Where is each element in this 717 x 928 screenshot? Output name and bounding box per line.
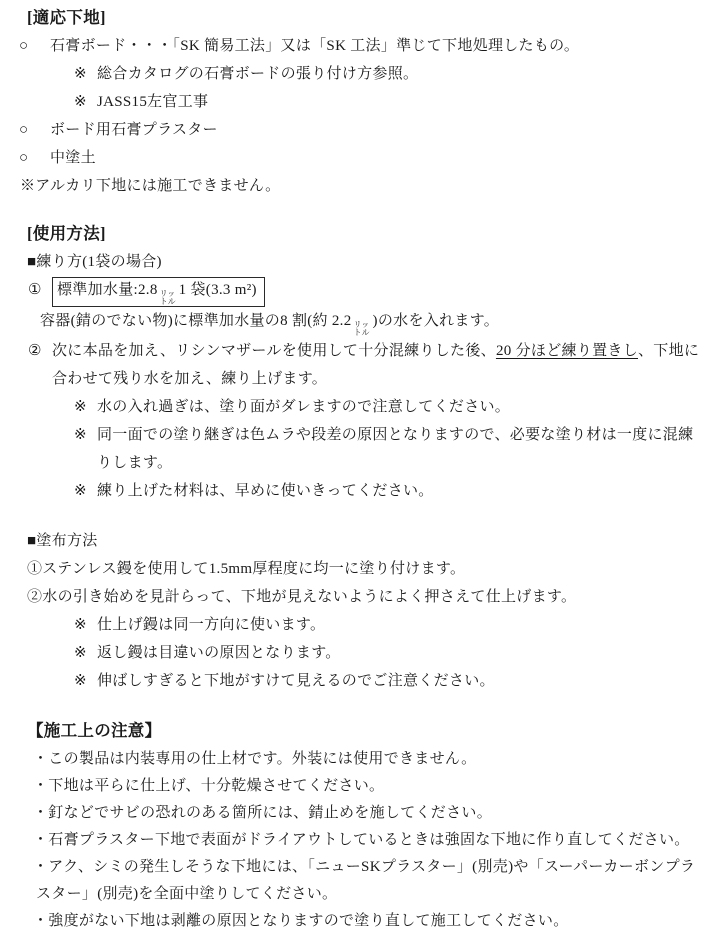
note-text: 総合カタログの石膏ボードの張り付け方参照。 — [97, 60, 703, 88]
list-item-text: 中塗土 — [50, 144, 703, 172]
note-item: ※ 同一面での塗り継ぎは色ムラや段差の原因となりますので、必要な塗り材は一度に混… — [74, 421, 703, 477]
subsection-kneading: ■練り方(1袋の場合) — [27, 248, 703, 276]
circle-marker: ○ — [19, 144, 50, 172]
alkali-warning-note: ※アルカリ下地には施工できません。 — [20, 172, 703, 200]
note-text: 伸ばしすぎると下地がすけて見えるのでご注意ください。 — [97, 667, 703, 695]
circle-marker: ○ — [19, 116, 50, 144]
note-text: JASS15左官工事 — [97, 88, 703, 116]
note-item: ※ 返し鏝は目違いの原因となります。 — [74, 639, 703, 667]
reference-marker: ※ — [74, 88, 97, 116]
note-item: ※ 仕上げ鏝は同一方向に使います。 — [74, 611, 703, 639]
circle-marker: ○ — [19, 32, 50, 60]
list-item: ○ 石膏ボード・・・「SK 簡易工法」又は「SK 工法」準じて下地処理したもの。 — [19, 32, 703, 60]
section-title-usage: [使用方法] — [27, 220, 703, 248]
standard-water-box: 標準加水量:2.8リットル1 袋(3.3 m²) — [52, 277, 265, 307]
subsection-application: ■塗布方法 — [27, 527, 703, 555]
reference-marker: ※ — [74, 477, 97, 505]
note-item: ※ 総合カタログの石膏ボードの張り付け方参照。 — [74, 60, 703, 88]
liter-unit: リットル — [354, 321, 370, 337]
application-step-1: ①ステンレス鏝を使用して1.5mm厚程度に均一に塗り付けます。 — [27, 555, 703, 583]
caution-item: ・アク、シミの発生しそうな下地には、「ニューSKプラスター」(別売)や「スーパー… — [19, 854, 703, 908]
caution-item: ・釘などでサビの恐れのある箇所には、錆止めを施してください。 — [19, 800, 703, 827]
reference-marker: ※ — [74, 611, 97, 639]
step-text: 次に本品を加え、リシンマザールを使用して十分混練りした後、20 分ほど練り置きし… — [52, 337, 703, 393]
reference-marker: ※ — [74, 639, 97, 667]
caution-item: ・下地は平らに仕上げ、十分乾燥させてください。 — [19, 773, 703, 800]
cautions-list: ・この製品は内装専用の仕上材です。外装には使用できません。 ・下地は平らに仕上げ… — [19, 746, 703, 928]
water-instruction-line: 容器(錆のでない物)に標準加水量の8 割(約 2.2リットル)の水を入れます。 — [40, 307, 703, 337]
note-text: 仕上げ鏝は同一方向に使います。 — [97, 611, 703, 639]
note-text: 水の入れ過ぎは、塗り面がダレますので注意してください。 — [97, 393, 703, 421]
circled-number: ② — [28, 337, 52, 393]
note-text: 返し鏝は目違いの原因となります。 — [97, 639, 703, 667]
list-item-text: 石膏ボード・・・「SK 簡易工法」又は「SK 工法」準じて下地処理したもの。 — [50, 32, 703, 60]
box-text: 1 袋(3.3 m²) — [179, 282, 257, 298]
reference-marker: ※ — [74, 60, 97, 88]
list-item: ○ 中塗土 — [19, 144, 703, 172]
caution-item: ・石膏プラスター下地で表面がドライアウトしているときは強固な下地に作り直してくだ… — [19, 827, 703, 854]
list-item-text: ボード用石膏プラスター — [50, 116, 703, 144]
note-text: 同一面での塗り継ぎは色ムラや段差の原因となりますので、必要な塗り材は一度に混練り… — [97, 421, 703, 477]
reference-marker: ※ — [74, 667, 97, 695]
caution-item: ・強度がない下地は剥離の原因となりますので塗り直して施工してください。 — [19, 908, 703, 928]
step-item-1: ① 標準加水量:2.8リットル1 袋(3.3 m²) — [28, 276, 703, 307]
reference-marker: ※ — [74, 393, 97, 421]
note-item: ※ 伸ばしすぎると下地がすけて見えるのでご注意ください。 — [74, 667, 703, 695]
caution-item: ・この製品は内装専用の仕上材です。外装には使用できません。 — [19, 746, 703, 773]
circled-number: ① — [28, 276, 52, 307]
document-page: [適応下地] ○ 石膏ボード・・・「SK 簡易工法」又は「SK 工法」準じて下地… — [0, 0, 717, 928]
list-item: ○ ボード用石膏プラスター — [19, 116, 703, 144]
reference-marker: ※ — [74, 421, 97, 477]
note-item: ※ 水の入れ過ぎは、塗り面がダレますので注意してください。 — [74, 393, 703, 421]
step-text: 標準加水量:2.8リットル1 袋(3.3 m²) — [52, 276, 703, 307]
box-text: 標準加水量:2.8 — [57, 282, 158, 298]
note-text: 練り上げた材料は、早めに使いきってください。 — [97, 477, 703, 505]
liter-unit: リットル — [160, 290, 176, 306]
section-title-cautions: 【施工上の注意】 — [27, 717, 703, 745]
note-item: ※ 練り上げた材料は、早めに使いきってください。 — [74, 477, 703, 505]
note-item: ※ JASS15左官工事 — [74, 88, 703, 116]
application-step-2: ②水の引き始めを見計らって、下地が見えないようによく押さえて仕上げます。 — [27, 583, 703, 611]
underlined-text: 20 分ほど練り置きし — [496, 343, 638, 359]
section-title-substrate: [適応下地] — [27, 4, 703, 32]
step-item-2: ② 次に本品を加え、リシンマザールを使用して十分混練りした後、20 分ほど練り置… — [28, 337, 703, 393]
